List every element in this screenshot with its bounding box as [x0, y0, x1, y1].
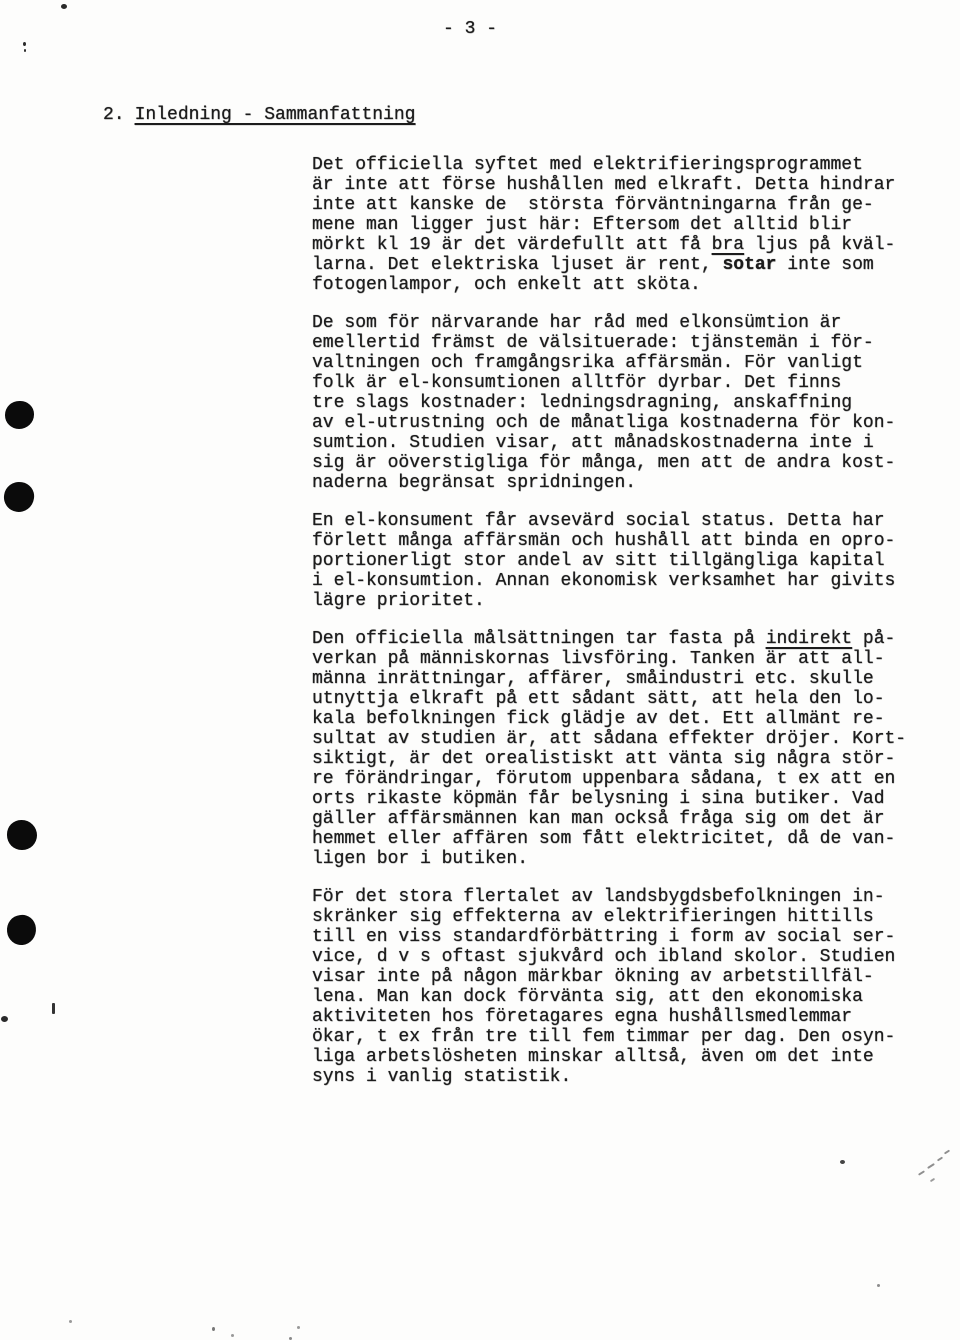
scan-speck: [231, 1334, 234, 1337]
ink-dot-mark: [5, 401, 34, 429]
scan-speck: [61, 4, 67, 9]
scan-speck: [877, 1284, 880, 1287]
paragraph-3: En el-konsument får avsevärd social stat…: [312, 511, 952, 611]
scan-speck: [23, 42, 26, 46]
pencil-dash-mark: [918, 1170, 925, 1175]
paragraph-5: För det stora flertalet av landsbygdsbef…: [312, 887, 952, 1087]
ink-dot-mark: [2, 480, 36, 514]
paragraph-1: Det officiella syftet med elektrifiering…: [312, 155, 952, 295]
paragraph-2: De som för närvarande har råd med elkons…: [312, 313, 952, 493]
scan-speck: [840, 1160, 845, 1164]
document-page: - 3 - 2.Inledning - Sammanfattning Det o…: [0, 0, 960, 1340]
pencil-dash-mark: [944, 1150, 950, 1155]
underlined-word: bra: [712, 235, 744, 255]
page-number: - 3 -: [443, 19, 497, 39]
scan-speck: [52, 1003, 55, 1014]
ink-dot-mark: [6, 914, 38, 947]
text-segment: på- verkan på människornas livsföring. T…: [312, 629, 906, 869]
pencil-dash-mark: [930, 1178, 935, 1182]
scan-speck: [69, 1320, 72, 1323]
scan-speck: [297, 1326, 300, 1329]
section-title: Inledning - Sammanfattning: [135, 105, 416, 125]
section-heading: 2.Inledning - Sammanfattning: [103, 105, 415, 125]
text-segment: Den officiella målsättningen tar fasta p…: [312, 629, 766, 649]
underlined-word: indirekt: [766, 629, 852, 649]
section-number: 2.: [103, 105, 125, 125]
scan-speck: [24, 49, 26, 52]
pencil-dash-mark: [927, 1163, 935, 1169]
body-text: Det officiella syftet med elektrifiering…: [312, 155, 952, 1105]
ink-dot-mark: [7, 820, 37, 850]
scan-speck: [1, 1016, 8, 1022]
paragraph-4: Den officiella målsättningen tar fasta p…: [312, 629, 952, 869]
overstruck-word: sotar: [722, 255, 776, 275]
pencil-dash-mark: [937, 1157, 943, 1162]
scan-speck: [212, 1327, 215, 1331]
